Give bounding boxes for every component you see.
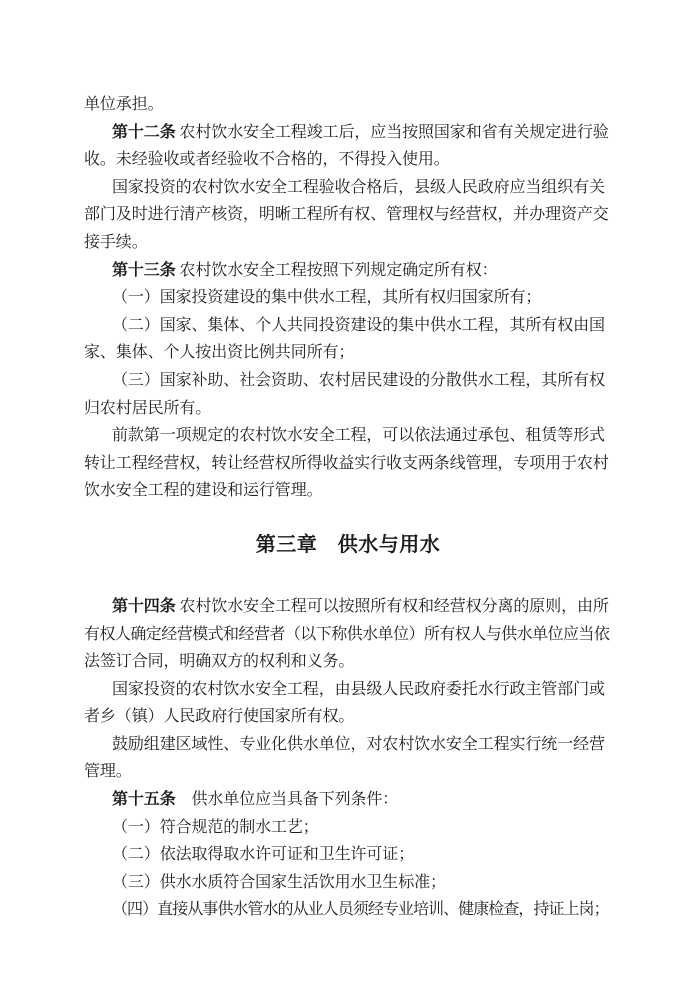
line-text: 鼓励组建区域性、专业化供水单位，对农村饮水安全工程实行统一经营 (112, 736, 605, 753)
text-line: 第十五条 供水单位应当具备下列条件： (84, 786, 612, 814)
text-line: 接手续。 (84, 229, 612, 257)
line-text: 者乡（镇）人民政府行使国家所有权。 (84, 708, 354, 725)
chapter-heading: 第三章 供水与用水 (84, 531, 612, 559)
article-number-label: 第十五条 (112, 791, 176, 808)
line-text: 农村饮水安全工程可以按照所有权和经营权分离的原则，由所 (176, 598, 609, 615)
text-line: 家、集体、个人按出资比例共同所有； (84, 339, 612, 367)
line-text: 农村饮水安全工程按照下列规定确定所有权： (176, 262, 498, 279)
text-line: 管理。 (84, 758, 612, 786)
line-text: （三）供水水质符合国家生活饮用水卫生标准； (112, 874, 446, 891)
line-text: （二）依法取得取水许可证和卫生许可证； (112, 846, 414, 863)
line-text: 接手续。 (84, 234, 148, 251)
text-line: 部门及时进行清产核资，明晰工程所有权、管理权与经营权，并办理资产交 (84, 201, 612, 229)
article-number-label: 第十三条 (112, 262, 176, 279)
text-line: 国家投资的农村饮水安全工程，由县级人民政府委托水行政主管部门或 (84, 676, 612, 704)
line-text: 法签订合同，明确双方的权利和义务。 (84, 653, 354, 670)
text-line: 归农村居民所有。 (84, 395, 612, 423)
text-line: 前款第一项规定的农村饮水安全工程，可以依法通过承包、租赁等形式 (84, 422, 612, 450)
line-text: 部门及时进行清产核资，明晰工程所有权、管理权与经营权，并办理资产交 (84, 206, 609, 223)
line-text: 国家投资的农村饮水安全工程验收合格后，县级人民政府应当组织有关 (112, 179, 605, 196)
line-text: （三）国家补助、社会资助、农村居民建设的分散供水工程，其所有权 (112, 372, 605, 389)
text-line: 有权人确定经营模式和经营者（以下称供水单位）所有权人与供水单位应当依 (84, 621, 612, 649)
line-text: 饮水安全工程的建设和运行管理。 (84, 482, 323, 499)
text-block: 单位承担。 第十二条 农村饮水安全工程竣工后，应当按照国家和省有关规定进行验 收… (84, 91, 612, 924)
line-text: 管理。 (84, 763, 132, 780)
line-text: （四）直接从事供水管水的从业人员须经专业培训、健康检查，持证上岗； (112, 901, 609, 918)
text-line: （二）依法取得取水许可证和卫生许可证； (84, 841, 612, 869)
document-page: 单位承担。 第十二条 农村饮水安全工程竣工后，应当按照国家和省有关规定进行验 收… (0, 0, 695, 982)
line-text: 家、集体、个人按出资比例共同所有； (84, 344, 354, 361)
text-line: （三）供水水质符合国家生活饮用水卫生标准； (84, 869, 612, 897)
text-line: （一）国家投资建设的集中供水工程，其所有权归国家所有； (84, 284, 612, 312)
text-line: 者乡（镇）人民政府行使国家所有权。 (84, 703, 612, 731)
line-text: 有权人确定经营模式和经营者（以下称供水单位）所有权人与供水单位应当依 (84, 626, 609, 643)
text-line: 法签订合同，明确双方的权利和义务。 (84, 648, 612, 676)
line-text: 转让工程经营权，转让经营权所得收益实行收支两条线管理，专项用于农村 (84, 455, 609, 472)
text-line: 饮水安全工程的建设和运行管理。 (84, 477, 612, 505)
text-line: （四）直接从事供水管水的从业人员须经专业培训、健康检查，持证上岗； (84, 896, 612, 924)
line-text: 单位承担。 (84, 96, 164, 113)
text-line: （三）国家补助、社会资助、农村居民建设的分散供水工程，其所有权 (84, 367, 612, 395)
text-line: 第十三条 农村饮水安全工程按照下列规定确定所有权： (84, 257, 612, 285)
text-line: 转让工程经营权，转让经营权所得收益实行收支两条线管理，专项用于农村 (84, 450, 612, 478)
line-text: （二）国家、集体、个人共同投资建设的集中供水工程，其所有权由国 (112, 317, 605, 334)
text-line: 收。未经验收或者经验收不合格的，不得投入使用。 (84, 146, 612, 174)
line-text: 农村饮水安全工程竣工后，应当按照国家和省有关规定进行验 (176, 124, 609, 141)
text-line: 鼓励组建区域性、专业化供水单位，对农村饮水安全工程实行统一经营 (84, 731, 612, 759)
line-text: 供水单位应当具备下列条件： (176, 791, 399, 808)
text-line: 第十二条 农村饮水安全工程竣工后，应当按照国家和省有关规定进行验 (84, 119, 612, 147)
line-text: 归农村居民所有。 (84, 400, 211, 417)
text-line: （一）符合规范的制水工艺； (84, 814, 612, 842)
text-line: （二）国家、集体、个人共同投资建设的集中供水工程，其所有权由国 (84, 312, 612, 340)
line-text: 收。未经验收或者经验收不合格的，不得投入使用。 (84, 151, 450, 168)
line-text: 国家投资的农村饮水安全工程，由县级人民政府委托水行政主管部门或 (112, 681, 605, 698)
line-text: 前款第一项规定的农村饮水安全工程，可以依法通过承包、租赁等形式 (112, 427, 605, 444)
text-line: 第十四条 农村饮水安全工程可以按照所有权和经营权分离的原则，由所 (84, 593, 612, 621)
article-number-label: 第十四条 (112, 598, 176, 615)
line-text: （一）符合规范的制水工艺； (112, 819, 319, 836)
line-text: （一）国家投资建设的集中供水工程，其所有权归国家所有； (112, 289, 541, 306)
text-line: 单位承担。 (84, 91, 612, 119)
text-line: 国家投资的农村饮水安全工程验收合格后，县级人民政府应当组织有关 (84, 174, 612, 202)
article-number-label: 第十二条 (112, 124, 176, 141)
